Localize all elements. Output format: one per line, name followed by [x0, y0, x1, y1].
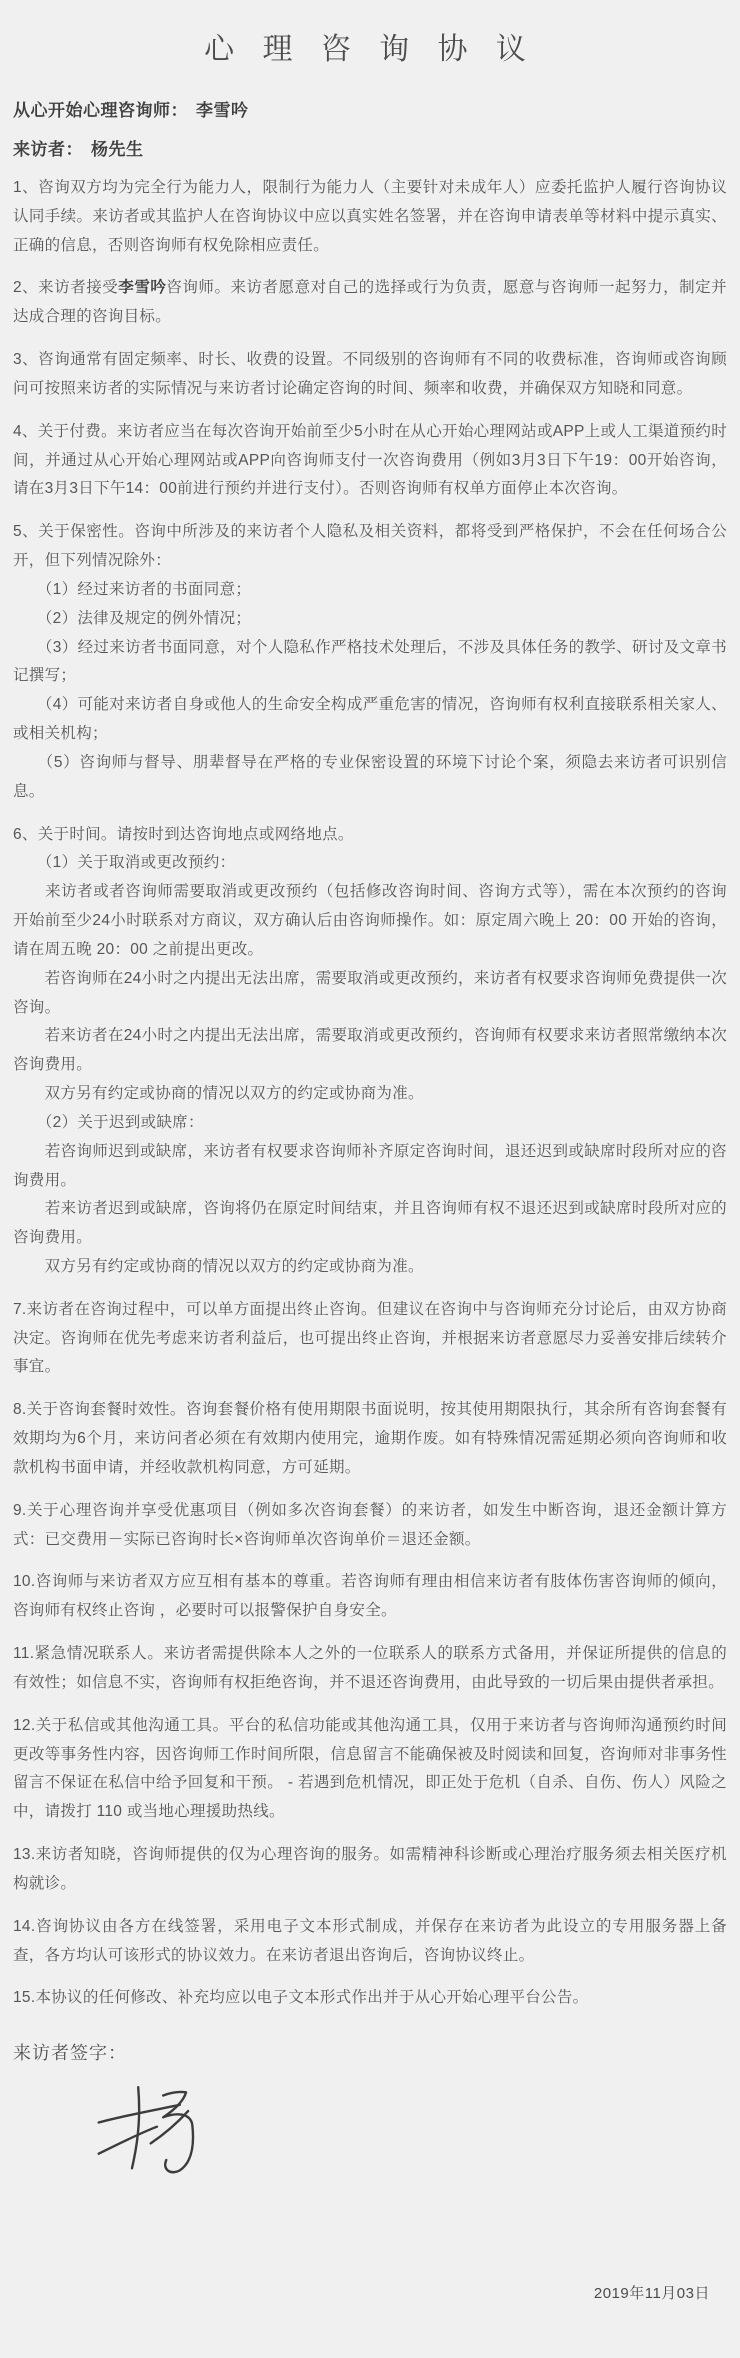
visitor-name: 杨先生 [91, 140, 144, 159]
counselor-label: 从心开始心理咨询师： [13, 101, 188, 120]
clause-7: 7.来访者在咨询过程中，可以单方面提出终止咨询。但建议在咨询中与咨询师充分讨论后… [13, 1296, 727, 1382]
visitor-label: 来访者： [13, 140, 83, 159]
clause-1: 1、咨询双方均为完全行为能力人，限制行为能力人（主要针对未成年人）应委托监护人履… [13, 174, 727, 260]
clause-2-counselor-name: 李雪吟 [118, 279, 166, 296]
clause-2: 2、来访者接受李雪吟咨询师。来访者愿意对自己的选择或行为负责，愿意与咨询师一起努… [13, 274, 727, 332]
signature-label: 来访者签字： [13, 2039, 727, 2065]
clause-4: 4、关于付费。来访者应当在每次咨询开始前至少5小时在从心开始心理网站或APP上或… [13, 418, 727, 504]
signature-stroke-vertical [132, 2087, 139, 2168]
clause-12: 12.关于私信或其他沟通工具。平台的私信功能或其他沟通工具，仅用于来访者与咨询师… [13, 1712, 727, 1827]
counselor-line: 从心开始心理咨询师：李雪吟 [13, 96, 727, 121]
signature-stroke-diagonal [99, 2127, 157, 2154]
handwritten-signature-image [95, 2083, 223, 2187]
clause-list: 1、咨询双方均为完全行为能力人，限制行为能力人（主要针对未成年人）应委托监护人履… [13, 174, 727, 2013]
clause-14: 14.咨询协议由各方在线签署，采用电子文本形式制成，并保存在来访者为此设立的专用… [13, 1913, 727, 1971]
signature-area [13, 2065, 727, 2260]
clause-10: 10.咨询师与来访者双方应互相有基本的尊重。若咨询师有理由相信来访者有肢体伤害咨… [13, 1568, 727, 1626]
page-title: 心 理 咨 询 协 议 [13, 24, 727, 68]
visitor-line: 来访者：杨先生 [13, 135, 727, 160]
agreement-document: 心 理 咨 询 协 议 从心开始心理咨询师：李雪吟 来访者：杨先生 1、咨询双方… [0, 0, 740, 2358]
clause-13: 13.来访者知晓，咨询师提供的仅为心理咨询的服务。如需精神科诊断或心理治疗服务须… [13, 1841, 727, 1899]
clause-9: 9.关于心理咨询并享受优惠项目（例如多次咨询套餐）的来访者，如发生中断咨询，退还… [13, 1497, 727, 1555]
clause-3: 3、咨询通常有固定频率、时长、收费的设置。不同级别的咨询师有不同的收费标准，咨询… [13, 346, 727, 404]
counselor-name: 李雪吟 [196, 101, 249, 120]
clause-8: 8.关于咨询套餐时效性。咨询套餐价格有使用期限书面说明，按其使用期限执行，其余所… [13, 1396, 727, 1482]
clause-6: 6、关于时间。请按时到达咨询地点或网络地点。 （1）关于取消或更改预约： 来访者… [13, 821, 727, 1282]
signature-date: 2019年11月03日 [13, 2282, 727, 2303]
clause-15: 15.本协议的任何修改、补充均应以电子文本形式作出并于从心开始心理平台公告。 [13, 1984, 727, 2013]
clause-11: 11.紧急情况联系人。来访者需提供除本人之外的一位联系人的联系方式备用，并保证所… [13, 1640, 727, 1698]
clause-5: 5、关于保密性。咨询中所涉及的来访者个人隐私及相关资料，都将受到严格保护，不会在… [13, 518, 727, 806]
clause-2-text-pre: 2、来访者接受 [13, 279, 118, 296]
